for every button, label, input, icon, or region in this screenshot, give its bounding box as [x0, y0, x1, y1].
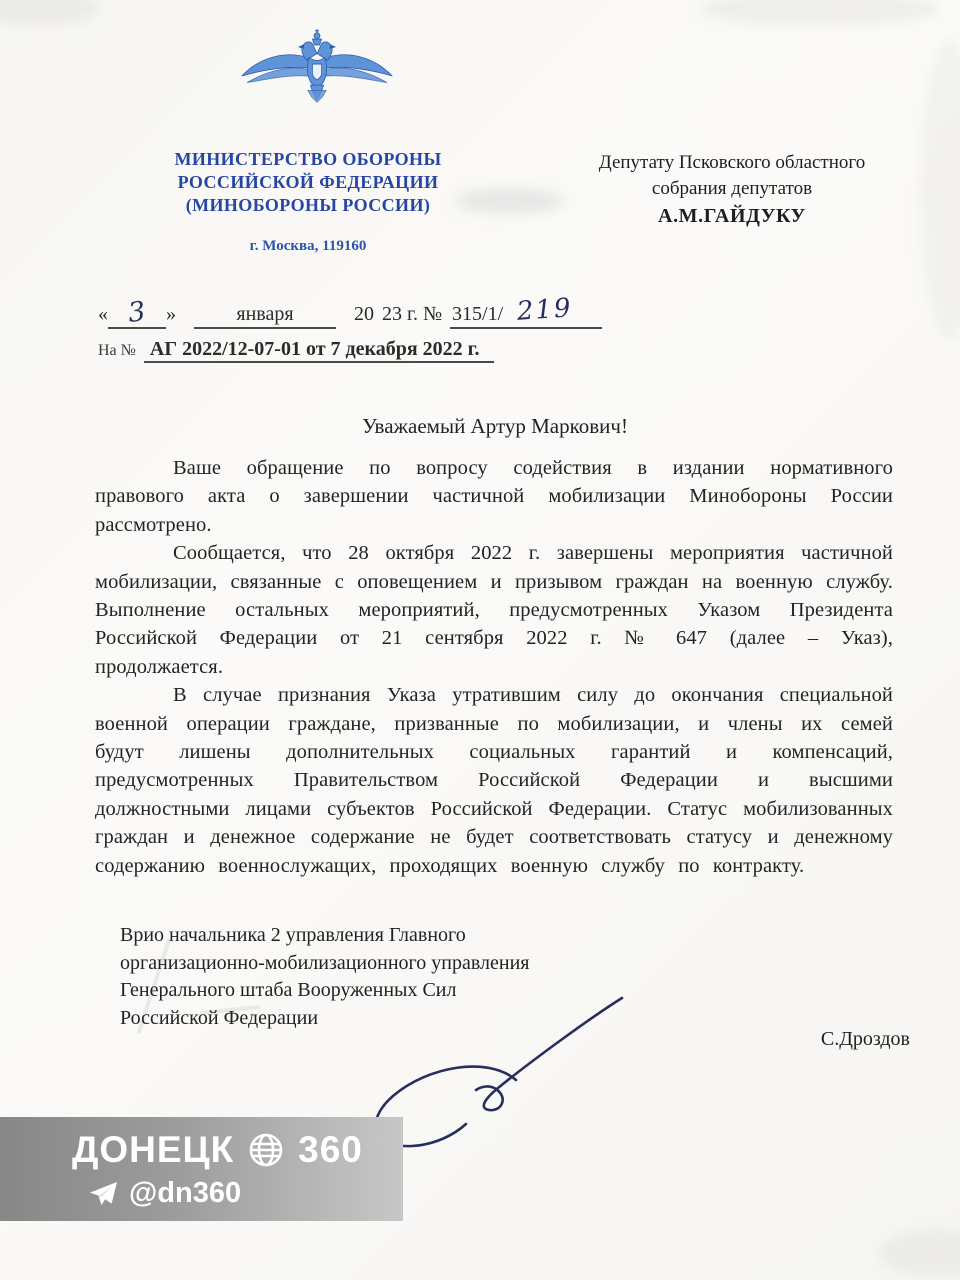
signature-title-line-2: организационно-мобилизационного управлен… — [120, 950, 700, 978]
year-prefix: 20 — [354, 303, 374, 325]
letter-body: Ваше обращение по вопросу содействия в и… — [95, 454, 893, 880]
handwritten-day: 3 — [127, 296, 148, 329]
watermark-title: ДОНЕЦК — [72, 1129, 234, 1171]
handwritten-signature — [366, 988, 640, 1156]
watermark-number: 360 — [298, 1129, 363, 1171]
paragraph-3: В случае признания Указа утратившим силу… — [95, 681, 893, 880]
scanned-letter-page: МИНИСТЕРСТВО ОБОРОНЫ РОССИЙСКОЙ ФЕДЕРАЦИ… — [0, 0, 960, 1280]
scan-artifact — [700, 0, 940, 26]
paragraph-2: Сообщается, что 28 октября 2022 г. завер… — [95, 539, 893, 681]
addressee-line-1: Депутату Псковского областного — [536, 150, 928, 176]
telegram-icon — [88, 1179, 118, 1209]
letterhead-line-1: МИНИСТЕРСТВО ОБОРОНЫ — [96, 148, 520, 171]
signer-name: С.Дроздов — [720, 1028, 910, 1051]
addressee-name: А.М.ГАЙДУКУ — [536, 203, 928, 229]
open-quote: « — [98, 303, 108, 325]
reply-reference-value: АГ 2022/12-07-01 от 7 декабря 2022 г. — [144, 338, 494, 363]
outgoing-number-printed: 315/1/ — [452, 303, 503, 325]
scan-artifact — [880, 1230, 960, 1276]
addressee-line-2: собрания депутатов — [536, 176, 928, 202]
letterhead-line-3: (МИНОБОРОНЫ РОССИИ) — [96, 194, 520, 217]
watermark-banner: ДОНЕЦК 360 @dn360 — [0, 1117, 403, 1221]
handwritten-number: 219 — [516, 293, 574, 327]
watermark-handle-row: @dn360 — [0, 1171, 403, 1210]
signature-title-line-1: Врио начальника 2 управления Главного — [120, 922, 700, 950]
addressee-block: Депутату Псковского областного собрания … — [536, 150, 928, 229]
letterhead-line-2: РОССИЙСКОЙ ФЕДЕРАЦИИ — [96, 171, 520, 194]
reference-date-line: «3»января2023 г. №315/1/219 — [98, 296, 602, 329]
month-label: января — [194, 303, 336, 329]
globe-icon — [247, 1131, 285, 1169]
paragraph-1: Ваше обращение по вопросу содействия в и… — [95, 454, 893, 539]
watermark-title-row: ДОНЕЦК 360 — [0, 1117, 403, 1171]
letterhead-city: г. Москва, 119160 — [96, 238, 520, 255]
double-headed-eagle-icon — [238, 22, 396, 118]
scan-artifact — [0, 0, 100, 26]
salutation: Уважаемый Артур Маркович! — [95, 414, 895, 439]
watermark-handle: @dn360 — [129, 1177, 241, 1210]
year-rest: 23 г. № — [382, 303, 442, 325]
close-quote: » — [166, 303, 176, 325]
letterhead-org-name: МИНИСТЕРСТВО ОБОРОНЫ РОССИЙСКОЙ ФЕДЕРАЦИ… — [96, 148, 520, 217]
reply-label: На № — [98, 342, 136, 359]
reference-reply-line: На №АГ 2022/12-07-01 от 7 декабря 2022 г… — [98, 338, 494, 361]
